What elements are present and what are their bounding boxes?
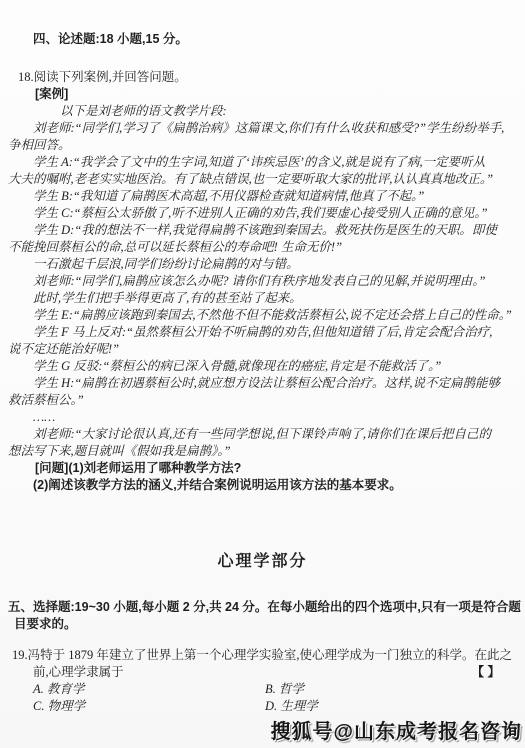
case-line: 学生 F 马上反对:“虽然蔡桓公开始不听扁鹊的劝告,但他知道错了后,肯定会配合治… bbox=[33, 324, 525, 341]
case-line: 学生 C:“蔡桓公太骄傲了,听不进别人正确的劝告,我们要虚心接受别人正确的意见。… bbox=[33, 205, 525, 222]
case-line: 争相回答。 bbox=[8, 137, 525, 154]
case-line: 一石激起千层浪,同学们纷纷讨论扁鹊的对与错。 bbox=[33, 256, 525, 273]
section5-header-line2: 目要求的。 bbox=[14, 616, 519, 633]
q19-line1: 19.冯特于 1879 年建立了世界上第一个心理学实验室,使心理学成为一门独立的… bbox=[12, 647, 525, 664]
option-a: A. 教育学 bbox=[33, 681, 265, 698]
case-line: 以下是刘老师的语文教学片段: bbox=[60, 103, 525, 120]
case-line: 学生 D:“我的想法不一样,我觉得扁鹊不该跑到秦国去。救死扶伤是医生的天职。即使 bbox=[33, 222, 525, 239]
case-line: 想法写下来,题目就叫《假如我是扁鹊》。” bbox=[8, 443, 525, 460]
q18-problem-line2: (2)阐述该教学方法的涵义,并结合案例说明运用该方法的基本要求。 bbox=[33, 477, 525, 494]
question-19: 19.冯特于 1879 年建立了世界上第一个心理学实验室,使心理学成为一门独立的… bbox=[0, 647, 525, 715]
q18-problem-line1: [问题](1)刘老师运用了哪种教学方法? bbox=[35, 460, 525, 477]
exam-paper-page: 四、论述题:18 小题,15 分。 18.阅读下列案例,并回答问题。 [案例] … bbox=[0, 0, 525, 748]
case-line: 学生 A:“我学会了文中的生字词,知道了‘讳疾忌医’的含义,就是说有了病,一定要… bbox=[33, 154, 525, 171]
case-line: 刘老师:“同学们,扁鹊应该怎么办呢? 请你们有秩序地发表自己的见解,并说明理由。… bbox=[33, 273, 525, 290]
q18-stem: 18.阅读下列案例,并回答问题。 bbox=[18, 69, 525, 86]
case-line: 救活蔡桓公。” bbox=[8, 392, 525, 409]
ellipsis-line: …… bbox=[33, 409, 525, 426]
answer-bracket: 【 】 bbox=[472, 664, 500, 681]
section4-header: 四、论述题:18 小题,15 分。 bbox=[33, 0, 525, 48]
sohu-watermark: 搜狐号@山东成考报名咨询 bbox=[270, 715, 522, 744]
case-line: 学生 H:“扁鹊在初遇蔡桓公时,就应想方设法让蔡桓公配合治疗。这样,说不定扁鹊能… bbox=[33, 375, 525, 392]
case-line: 此时,学生们把手举得更高了,有的甚至站了起来。 bbox=[33, 290, 525, 307]
case-line: 刘老师:“大家讨论很认真,还有一些同学想说,但下课铃声响了,请你们在课后把自己的 bbox=[33, 426, 525, 443]
case-line: 学生 G 反驳:“蔡桓公的病已深入骨髓,就像现在的癌症,肯定是不能救活了。” bbox=[33, 358, 525, 375]
case-line: 大夫的嘱咐,老老实实地医治。有了缺点错误,也一定要听取大家的批评,认认真真地改正… bbox=[8, 171, 525, 188]
q19-options-row1: A. 教育学 B. 哲学 bbox=[33, 681, 525, 698]
case-line: 学生 E:“扁鹊应该跑到秦国去,不然他不但不能救活蔡桓公,说不定还会搭上自己的性… bbox=[33, 307, 525, 324]
q19-line2-row: 前,心理学隶属于 【 】 bbox=[33, 664, 500, 681]
section5-header: 五、选择题:19~30 小题,每小题 2 分,共 24 分。在每小题给出的四个选… bbox=[8, 599, 519, 633]
option-d: D. 生理学 bbox=[265, 698, 318, 715]
section5-header-line1: 五、选择题:19~30 小题,每小题 2 分,共 24 分。在每小题给出的四个选… bbox=[8, 599, 519, 616]
psychology-section-heading: 心理学部分 bbox=[0, 551, 525, 573]
case-line: 刘老师:“同学们,学习了《扁鹊治病》这篇课文,你们有什么收获和感受?”学生纷纷举… bbox=[33, 120, 525, 137]
case-line: 不能挽回蔡桓公的命,总可以延长蔡桓公的寿命吧! 生命无价!” bbox=[8, 239, 525, 256]
q19-options-row2: C. 物理学 D. 生理学 bbox=[33, 698, 525, 715]
option-c: C. 物理学 bbox=[33, 698, 265, 715]
case-line: 学生 B:“我知道了扁鹊医术高超,不用仪器检查就知道病情,他真了不起。” bbox=[33, 188, 525, 205]
q19-line2-text: 前,心理学隶属于 bbox=[33, 664, 124, 681]
case-label: [案例] bbox=[35, 86, 525, 103]
case-line: 说不定还能治好呢!” bbox=[8, 341, 525, 358]
option-b: B. 哲学 bbox=[265, 681, 304, 698]
